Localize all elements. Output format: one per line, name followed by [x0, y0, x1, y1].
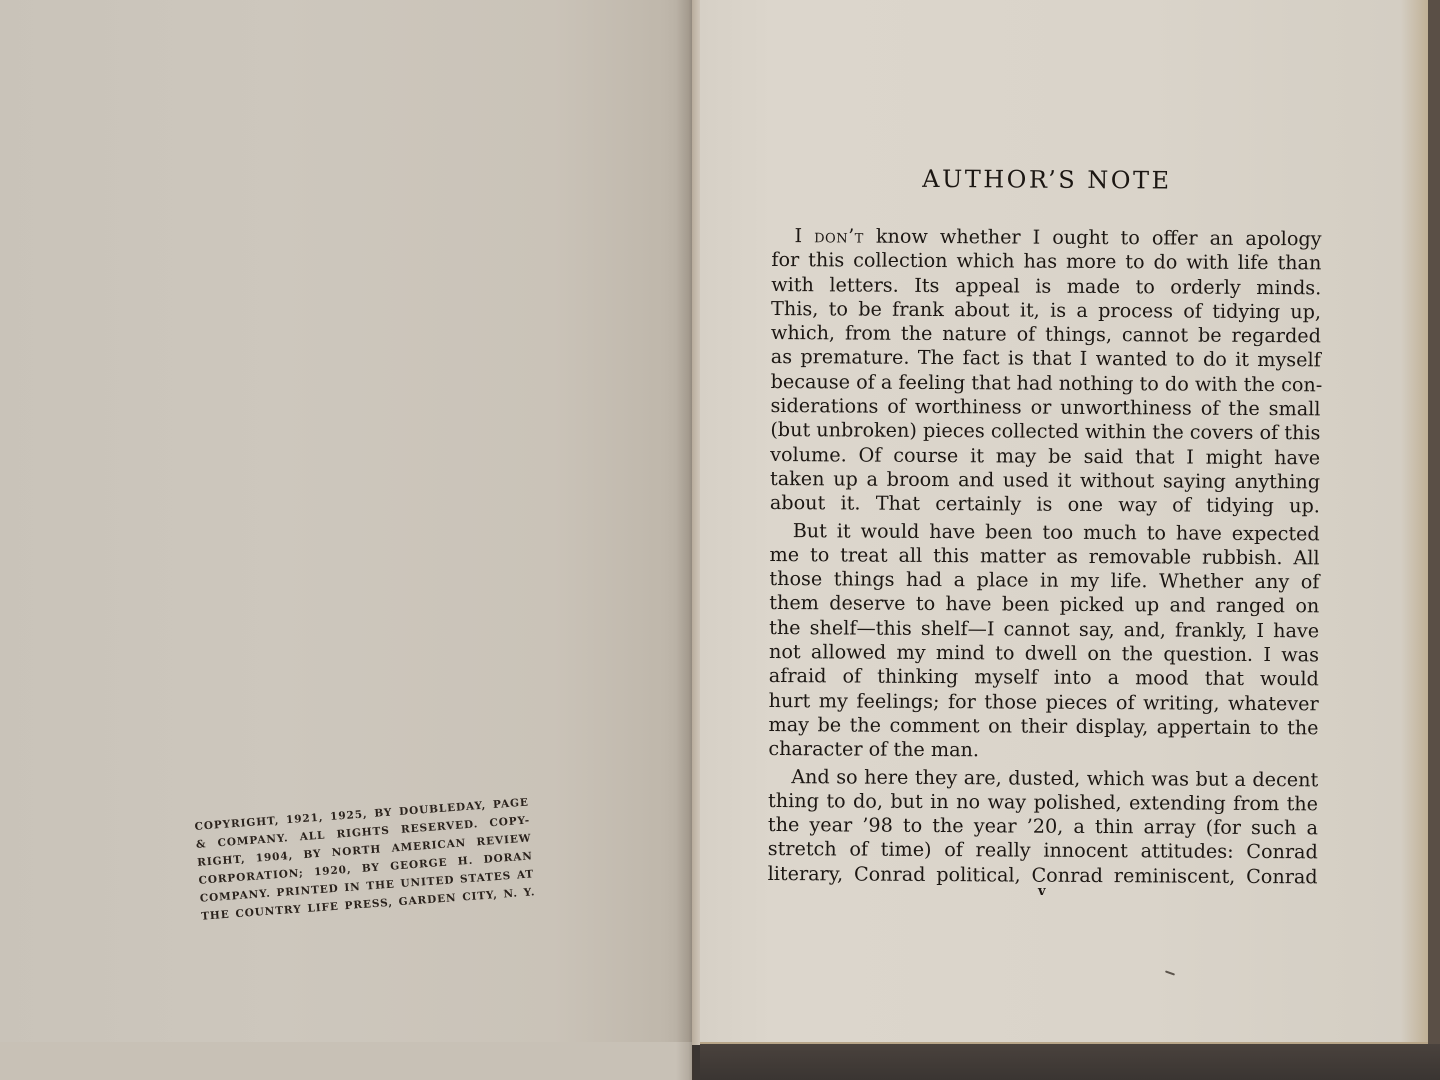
text-line: siderations of worthiness or unworthines…: [770, 394, 1320, 422]
open-book-spread: COPYRIGHT, 1921, 1925, BY DOUBLEDAY, PAG…: [0, 0, 1440, 1080]
page-title: AUTHOR’S NOTE: [772, 160, 1322, 199]
text-line: hurt my feelings; for those pieces of wr…: [769, 689, 1319, 717]
smallcaps-word: don’t: [814, 224, 864, 247]
text-line: And so here they are, dusted, which was …: [768, 765, 1318, 793]
right-edge-shadow: [1428, 0, 1440, 1080]
paragraph-1: I don’t know whether I ought to offer an…: [770, 224, 1322, 519]
paragraph-2: But it would have been too much to have …: [768, 519, 1319, 765]
text-line: afraid of thinking myself into a mood th…: [769, 664, 1319, 692]
authors-note-text: AUTHOR’S NOTE I don’t know whether I oug…: [768, 160, 1322, 889]
text-line: character of the man.: [768, 737, 1318, 765]
text-line: which, from the nature of things, cannot…: [771, 321, 1321, 349]
text-line: for this collection which has more to do…: [771, 248, 1321, 276]
text-line: taken up a broom and used it without say…: [770, 467, 1320, 495]
page-number: v: [1038, 884, 1046, 899]
left-page: COPYRIGHT, 1921, 1925, BY DOUBLEDAY, PAG…: [0, 0, 692, 1080]
copyright-notice: COPYRIGHT, 1921, 1925, BY DOUBLEDAY, PAG…: [194, 793, 536, 925]
text-line: the year ’98 to the year ’20, a thin arr…: [768, 813, 1318, 841]
text-line: me to treat all this matter as removable…: [770, 543, 1320, 571]
text-line: with letters. Its appeal is made to orde…: [771, 273, 1321, 301]
text-line: This, to be frank about it, is a process…: [771, 297, 1321, 325]
paragraph-3: And so here they are, dusted, which was …: [768, 765, 1319, 890]
text-line: the shelf—this shelf—I cannot say, and, …: [769, 616, 1319, 644]
text-line: not allowed my mind to dwell on the ques…: [769, 640, 1319, 668]
first-line-rest: know whether I ought to offer an apology: [864, 225, 1322, 251]
bottom-shadow: [700, 1044, 1440, 1080]
text-line: about it. That certainly is one way of t…: [770, 491, 1320, 519]
text-line: stretch of time) of really innocent atti…: [768, 837, 1318, 865]
text-line: them deserve to have been picked up and …: [769, 591, 1319, 619]
text-line: volume. Of course it may be said that I …: [770, 443, 1320, 471]
text-line: I don’t know whether I ought to offer an…: [771, 224, 1321, 252]
text-line: But it would have been too much to have …: [770, 519, 1320, 547]
left-page-bottom: [0, 1042, 692, 1080]
text-line: those things had a place in my life. Whe…: [769, 567, 1319, 595]
text-line: may be the comment on their display, app…: [768, 713, 1318, 741]
text-line: thing to do, but in no way polished, ext…: [768, 789, 1318, 817]
text-line: as premature. The fact is that I wanted …: [771, 345, 1321, 373]
text-line: (but unbroken) pieces collected within t…: [770, 418, 1320, 446]
text-line: because of a feeling that had nothing to…: [771, 370, 1321, 398]
first-word: I: [794, 224, 814, 247]
